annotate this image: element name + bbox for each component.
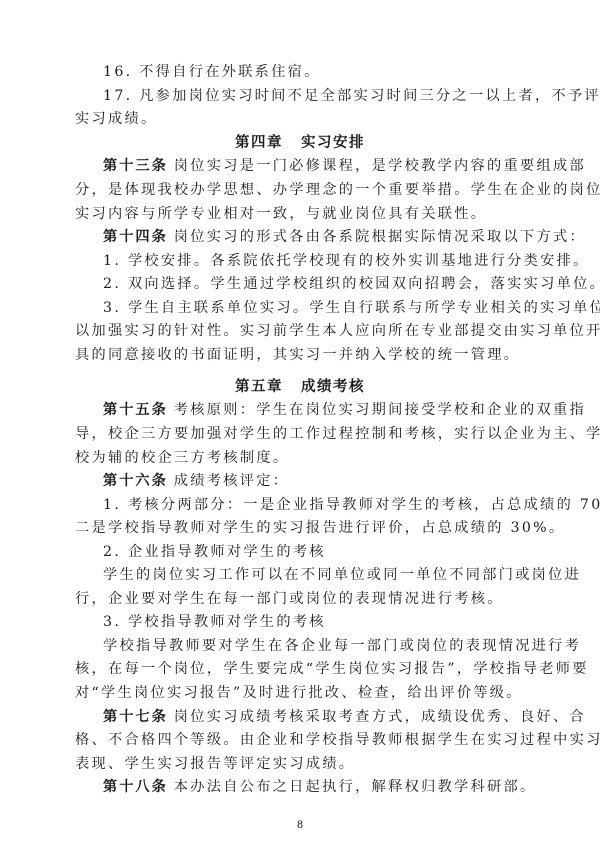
article-15-cont-1: 导，校企三方要加强对学生的工作过程控制和考核，实行以企业为主、学 xyxy=(75,424,530,444)
article-17-label: 第十七条 xyxy=(103,709,168,725)
article-15: 第十五条考核原则：学生在岗位实习期间接受学校和企业的双重指 xyxy=(103,400,530,420)
article-13-text: 岗位实习是一门必修课程，是学校教学内容的重要组成部 xyxy=(174,158,586,174)
article-18: 第十八条本办法自公布之日起执行，解释权归教学科研部。 xyxy=(103,777,530,797)
article-14-text: 岗位实习的形式各由各系院根据实际情况采取以下方式： xyxy=(174,229,586,245)
article-16-item-1-cont: 二是学校指导教师对学生的实习报告进行评价，占总成绩的 30%。 xyxy=(75,518,530,538)
chapter-5-title: 成绩考核 xyxy=(301,378,365,395)
article-14-item-3: 3. 学生自主联系单位实习。学生自行联系与所学专业相关的实习单位， xyxy=(103,298,530,318)
article-16-item-3-para: 学校指导教师要对学生在各企业每一部门或岗位的表现情况进行考 xyxy=(103,636,530,656)
article-17-cont-1: 格、不合格四个等级。由企业和学校指导教师根据学生在实习过程中实习 xyxy=(75,730,530,750)
chapter-5-number: 第五章 xyxy=(235,378,283,395)
article-14-label: 第十四条 xyxy=(103,229,168,245)
article-16-item-2-para-cont: 行，企业要对学生在每一部门或岗位的表现情况进行考核。 xyxy=(75,589,530,609)
article-13-cont-1: 分，是体现我校办学思想、办学理念的一个重要举措。学生在企业的岗位 xyxy=(75,180,530,200)
article-18-text: 本办法自公布之日起执行，解释权归教学科研部。 xyxy=(174,779,537,795)
article-18-label: 第十八条 xyxy=(103,779,168,795)
chapter-4-number: 第四章 xyxy=(235,134,283,151)
item-16: 16. 不得自行在外联系住宿。 xyxy=(103,62,530,82)
article-16-item-3: 3. 学校指导教师对学生的考核 xyxy=(103,612,530,632)
page-number: 8 xyxy=(0,820,600,831)
article-16-item-2: 2. 企业指导教师对学生的考核 xyxy=(103,542,530,562)
article-17-cont-2: 表现、学生实习报告等评定实习成绩。 xyxy=(75,754,530,774)
article-14: 第十四条岗位实习的形式各由各系院根据实际情况采取以下方式： xyxy=(103,227,530,247)
article-15-text: 考核原则：学生在岗位实习期间接受学校和企业的双重指 xyxy=(174,402,586,418)
article-16: 第十六条成绩考核评定： xyxy=(103,471,530,491)
article-16-text: 成绩考核评定： xyxy=(174,473,289,489)
article-15-label: 第十五条 xyxy=(103,402,168,418)
article-16-item-3-para-cont-1: 核，在每一个岗位，学生要完成“学生岗位实习报告”，学校指导老师要 xyxy=(75,659,530,679)
article-13: 第十三条岗位实习是一门必修课程，是学校教学内容的重要组成部 xyxy=(103,156,530,176)
article-13-cont-2: 实习内容与所学专业相对一致，与就业岗位具有关联性。 xyxy=(75,204,530,224)
chapter-5-heading: 第五章成绩考核 xyxy=(0,377,600,397)
item-17: 17. 凡参加岗位实习时间不足全部实习时间三分之一以上者，不予评定 xyxy=(103,86,530,106)
article-14-item-1: 1. 学校安排。各系院依托学校现有的校外实训基地进行分类安排。 xyxy=(103,251,530,271)
article-15-cont-2: 校为辅的校企三方考核制度。 xyxy=(75,448,530,468)
article-16-label: 第十六条 xyxy=(103,473,168,489)
document-page: 16. 不得自行在外联系住宿。 17. 凡参加岗位实习时间不足全部实习时间三分之… xyxy=(0,0,600,848)
article-16-item-1: 1. 考核分两部分：一是企业指导教师对学生的考核，占总成绩的 70%； xyxy=(103,495,530,515)
item-17-cont: 实习成绩。 xyxy=(75,109,530,129)
article-17-text: 岗位实习成绩考核采取考查方式，成绩设优秀、良好、合 xyxy=(174,709,586,725)
article-13-label: 第十三条 xyxy=(103,158,168,174)
chapter-4-title: 实习安排 xyxy=(301,134,365,151)
chapter-4-heading: 第四章实习安排 xyxy=(0,133,600,153)
article-14-item-3-cont-2: 具的同意接收的书面证明，其实习一并纳入学校的统一管理。 xyxy=(75,345,530,365)
article-16-item-3-para-cont-2: 对“学生岗位实习报告”及时进行批改、检查，给出评价等级。 xyxy=(75,683,530,703)
article-17: 第十七条岗位实习成绩考核采取考查方式，成绩设优秀、良好、合 xyxy=(103,707,530,727)
article-16-item-2-para: 学生的岗位实习工作可以在不同单位或同一单位不同部门或岗位进 xyxy=(103,565,530,585)
article-14-item-3-cont-1: 以加强实习的针对性。实习前学生本人应向所在专业部提交由实习单位开 xyxy=(75,321,530,341)
article-14-item-2: 2. 双向选择。学生通过学校组织的校园双向招聘会，落实实习单位。 xyxy=(103,274,530,294)
